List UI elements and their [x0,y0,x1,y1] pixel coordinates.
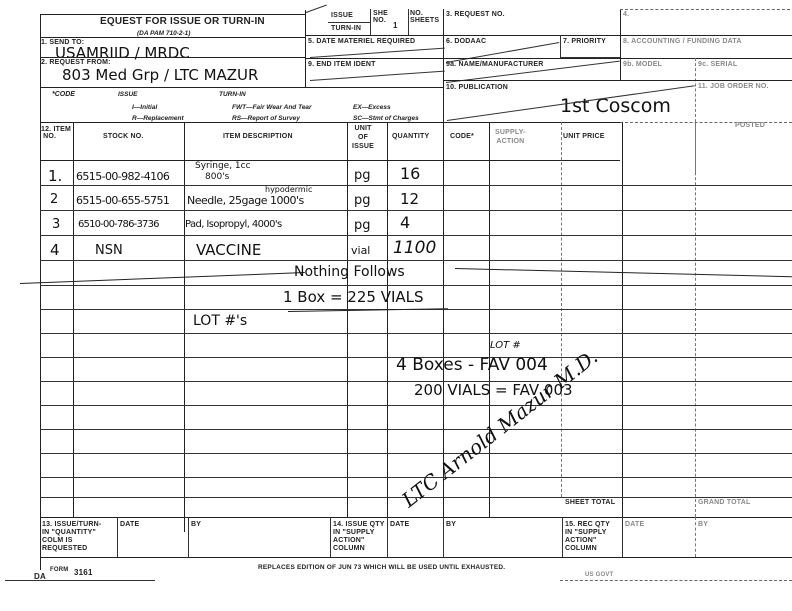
rule [40,87,443,88]
date-required-label: 5. DATE MATERIEL REQUIRED [308,38,415,45]
b15-by-label: BY [698,521,708,528]
rule [305,35,792,36]
rule [562,497,622,498]
quantity: 12 [400,190,419,208]
b15-date-label: DATE [625,521,644,528]
form-left-border [40,14,41,570]
publication-label: 10. PUBLICATION [446,84,508,91]
lot-hash: LOT # [490,340,521,351]
issue-code-replacement: R—Replacement [132,115,184,122]
rule [184,122,185,532]
rule [370,9,371,35]
no-sheets-label: NO.SHEETS [410,10,439,24]
grand-total-label: GRAND TOTAL [698,499,751,506]
quantity: 1100 [393,238,436,258]
turnin-checkbox-label[interactable]: TURN-IN [331,25,361,32]
request-no-label: 3. REQUEST NO. [446,11,505,18]
item-no: 1. [48,167,62,185]
rule [347,122,348,517]
item-no: 4 [50,241,60,259]
request-from-label: 2. REQUEST FROM: [41,59,111,66]
unit-of-issue: pg [354,218,371,233]
rule [305,58,792,59]
code-ex: EX—Excess [353,104,391,111]
form-subtitle: (DA PAM 710-2-1) [137,30,190,37]
rule [620,122,792,123]
request-from-value: 803 Med Grp / LTC MAZUR [62,66,258,84]
box-note: 1 Box = 225 VIALS [283,288,424,306]
field-8-label: 8. ACCOUNTING / FUNDING DATA [623,38,742,45]
rule [40,429,792,430]
rule [562,517,563,557]
rule [695,122,696,517]
col-stock-no: STOCK NO. [103,133,144,140]
item-description: Syringe, 1cc [195,161,251,171]
stock-no: 6515-00-655-5751 [76,194,169,207]
rule [40,160,620,161]
b13-by-label: BY [191,521,201,528]
col-code: CODE* [450,133,474,140]
rule [40,14,305,15]
rule [40,122,620,123]
turnin-code-rs: RS—Report of Survey [232,115,300,122]
slash [310,71,445,81]
col-item-description: ITEM DESCRIPTION [223,133,293,140]
form-title: EQUEST FOR ISSUE OR TURN-IN [100,16,265,27]
rule [40,210,792,211]
rule [40,285,792,286]
b14-date-label: DATE [390,521,409,528]
nothing-follows-stroke-right [455,268,792,277]
rule [40,260,792,261]
rule [40,37,305,38]
quantity: 4 [400,213,410,232]
sheet-no-value: 1 [393,21,398,30]
nothing-follows-note: Nothing Follows [294,264,405,280]
rule [40,405,792,406]
item-description: VACCINE [196,241,261,259]
slash [310,48,445,58]
unit-of-issue: vial [351,244,370,257]
rule [330,517,331,557]
dodaac-label: 6. DODAAC [446,38,486,45]
stock-no: 6510-00-786-3736 [78,219,159,230]
field-4-label: 4. [623,11,629,18]
rule [40,333,792,334]
slash [446,42,559,63]
item-no: 2 [50,192,58,207]
unit-of-issue: pg [354,193,371,208]
stock-no: NSN [95,243,123,258]
issue-checkbox-label[interactable]: ISSUE [331,12,353,19]
rule [188,517,189,557]
rule [408,9,409,35]
rule [40,453,792,454]
item-no: 3 [52,217,60,232]
field-11-label: 11. JOB ORDER NO. [698,83,769,90]
rule [443,517,444,557]
item-description: Pad, Isopropyl, 4000's [185,219,282,230]
stock-no: 6515-00-982-4106 [76,170,169,183]
unit-of-issue: pg [354,168,371,183]
rule [489,122,490,517]
rule [622,122,623,517]
form-form-label: FORM [50,567,68,573]
rule [620,9,621,81]
rule [328,22,370,23]
footer-right: US GOVT [585,572,613,578]
rule [560,580,792,581]
rule [695,517,696,557]
col-quantity: QUANTITY [392,133,429,140]
rule [40,57,305,58]
item-description-line2: 800's [205,172,229,182]
name-manufacturer-label: 9a. NAME/MANUFACTURER [446,61,544,68]
code-sc: SC—Stmt of Charges [353,115,419,122]
rule [620,9,790,10]
rule [622,517,623,557]
b13-date-label: DATE [120,521,139,528]
field-9b-label: 9b. MODEL [623,61,662,68]
rule [5,580,155,581]
code-label: *CODE [52,91,75,98]
slash [306,5,327,13]
lot-line-1: 4 Boxes - FAV 004 [396,355,548,375]
col-unit-price: UNIT PRICE [563,133,605,140]
item-description-sup: hypodermic [265,185,312,194]
turnin-code-heading: TURN-IN [219,91,246,98]
field-9c-label: 9c. SERIAL [698,61,737,68]
publication-value: 1st Coscom [560,95,671,117]
rule [117,517,118,557]
form-number: 3161 [74,568,93,577]
rule [560,35,561,57]
rule [40,185,792,186]
issue-code-heading: ISSUE [118,91,138,98]
lot-heading: LOT #'s [193,313,247,329]
turnin-code-fwt: FWT—Fair Wear And Tear [232,104,312,111]
priority-label: 7. PRIORITY [563,38,606,45]
sheet-no-label: SHENO. [373,10,388,24]
end-item-label: 9. END ITEM IDENT [308,61,376,68]
rule [40,557,792,558]
item-description: Needle, 25gage 1000's [187,194,304,207]
rule [443,80,792,81]
rule [40,235,792,236]
sheet-total-label: SHEET TOTAL [565,499,615,506]
nothing-follows-stroke-left [20,272,305,284]
rule [387,517,388,557]
col-posted: POSTED [735,122,765,129]
footer-note: REPLACES EDITION OF JUN 73 WHICH WILL BE… [258,564,505,571]
rule [73,122,74,517]
issue-code-initial: I—Initial [132,104,157,111]
b14-by-label: BY [446,521,456,528]
rule [305,10,306,87]
rule [40,517,792,518]
rule [387,122,388,517]
quantity: 16 [400,164,420,183]
